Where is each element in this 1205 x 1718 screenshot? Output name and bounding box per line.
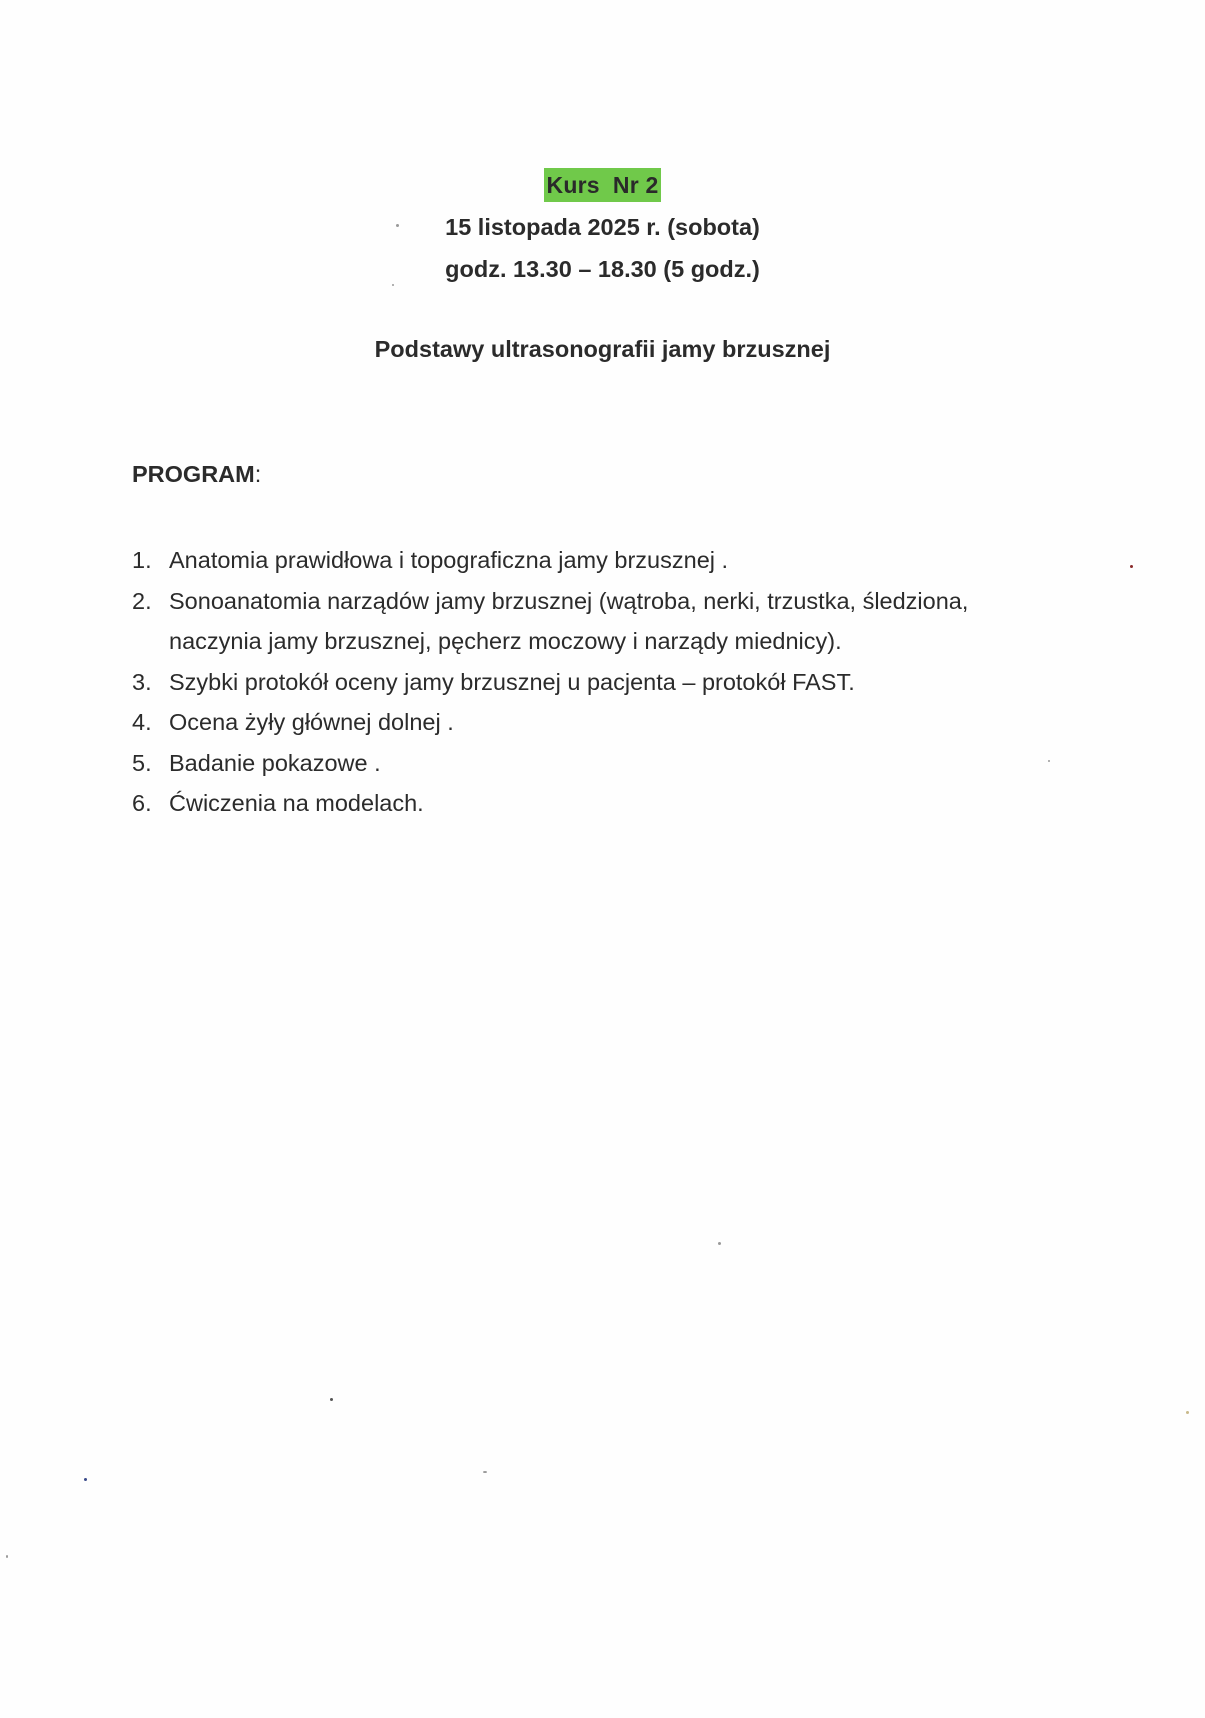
- program-heading: PROGRAM:: [132, 461, 261, 488]
- course-title: Podstawy ultrasonografii jamy brzusznej: [0, 336, 1205, 363]
- scan-speck: [1186, 1411, 1189, 1414]
- scan-speck: [1048, 760, 1050, 762]
- program-item: 4. Ocena żyły głównej dolnej .: [132, 702, 1132, 743]
- program-item-text: Sonoanatomia narządów jamy brzusznej (wą…: [169, 588, 968, 655]
- scan-speck: [6, 1555, 8, 1558]
- program-item-number: 2.: [132, 581, 152, 622]
- program-item-number: 5.: [132, 743, 152, 784]
- scan-speck: [718, 1242, 721, 1245]
- scan-speck: [396, 224, 399, 227]
- program-item: 6. Ćwiczenia na modelach.: [132, 783, 1132, 824]
- program-label: PROGRAM: [132, 461, 255, 487]
- program-item: 2. Sonoanatomia narządów jamy brzusznej …: [132, 581, 1049, 662]
- program-item: 3. Szybki protokół oceny jamy brzusznej …: [132, 662, 1132, 703]
- course-number-badge: Kurs Nr 2: [544, 168, 662, 202]
- program-item-text: Ćwiczenia na modelach.: [169, 790, 424, 816]
- program-item: 1. Anatomia prawidłowa i topograficzna j…: [132, 540, 1132, 581]
- program-item: 5. Badanie pokazowe .: [132, 743, 1132, 784]
- program-item-text: Szybki protokół oceny jamy brzusznej u p…: [169, 669, 855, 695]
- scan-speck: [1130, 565, 1133, 568]
- scan-speck: [483, 1471, 487, 1473]
- scan-speck: [392, 284, 394, 286]
- program-item-number: 6.: [132, 783, 152, 824]
- course-date: 15 listopada 2025 r. (sobota): [0, 214, 1205, 241]
- program-colon: :: [255, 461, 262, 487]
- course-time: godz. 13.30 – 18.30 (5 godz.): [0, 256, 1205, 283]
- scan-speck: [330, 1398, 333, 1401]
- program-item-number: 3.: [132, 662, 152, 703]
- program-item-text: Ocena żyły głównej dolnej .: [169, 709, 454, 735]
- program-item-number: 1.: [132, 540, 152, 581]
- program-item-number: 4.: [132, 702, 152, 743]
- scan-speck: [84, 1478, 87, 1481]
- program-item-text: Anatomia prawidłowa i topograficzna jamy…: [169, 547, 728, 573]
- course-badge-container: Kurs Nr 2: [0, 168, 1205, 202]
- program-item-text: Badanie pokazowe .: [169, 750, 381, 776]
- scanned-page: Kurs Nr 2 15 listopada 2025 r. (sobota) …: [0, 0, 1205, 1718]
- program-list: 1. Anatomia prawidłowa i topograficzna j…: [132, 540, 1132, 824]
